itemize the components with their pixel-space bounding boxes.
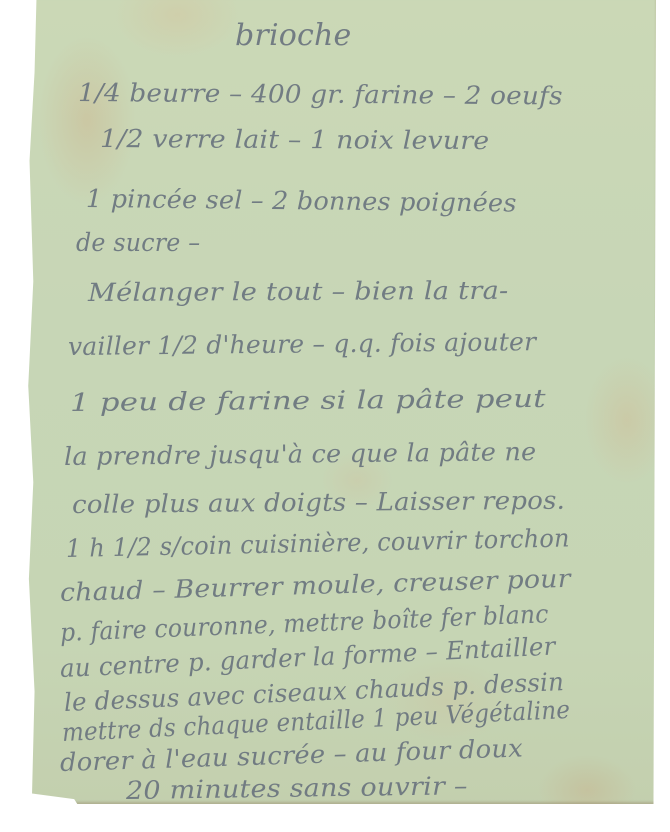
recipe-line: de sucre – — [76, 228, 200, 257]
recipe-line: colle plus aux doigts – Laisser repos. — [72, 486, 565, 519]
recipe-line: la prendre jusqu'à ce que la pâte ne — [64, 437, 537, 471]
recipe-line: vailler 1/2 d'heure – q.q. fois ajouter — [68, 327, 537, 361]
recipe-line: 1/2 verre lait – 1 noix levure — [100, 124, 490, 155]
recipe-title: brioche — [235, 18, 351, 53]
recipe-line: 1/4 beurre – 400 gr. farine – 2 oeufs — [78, 78, 563, 110]
recipe-line: 1 pincée sel – 2 bonnes poignées — [86, 184, 517, 218]
recipe-line: Mélanger le tout – bien la tra- — [88, 276, 509, 307]
recipe-line: 1 peu de farine si la pâte peut — [70, 384, 546, 417]
recipe-line: 20 minutes sans ouvrir – — [126, 771, 468, 805]
